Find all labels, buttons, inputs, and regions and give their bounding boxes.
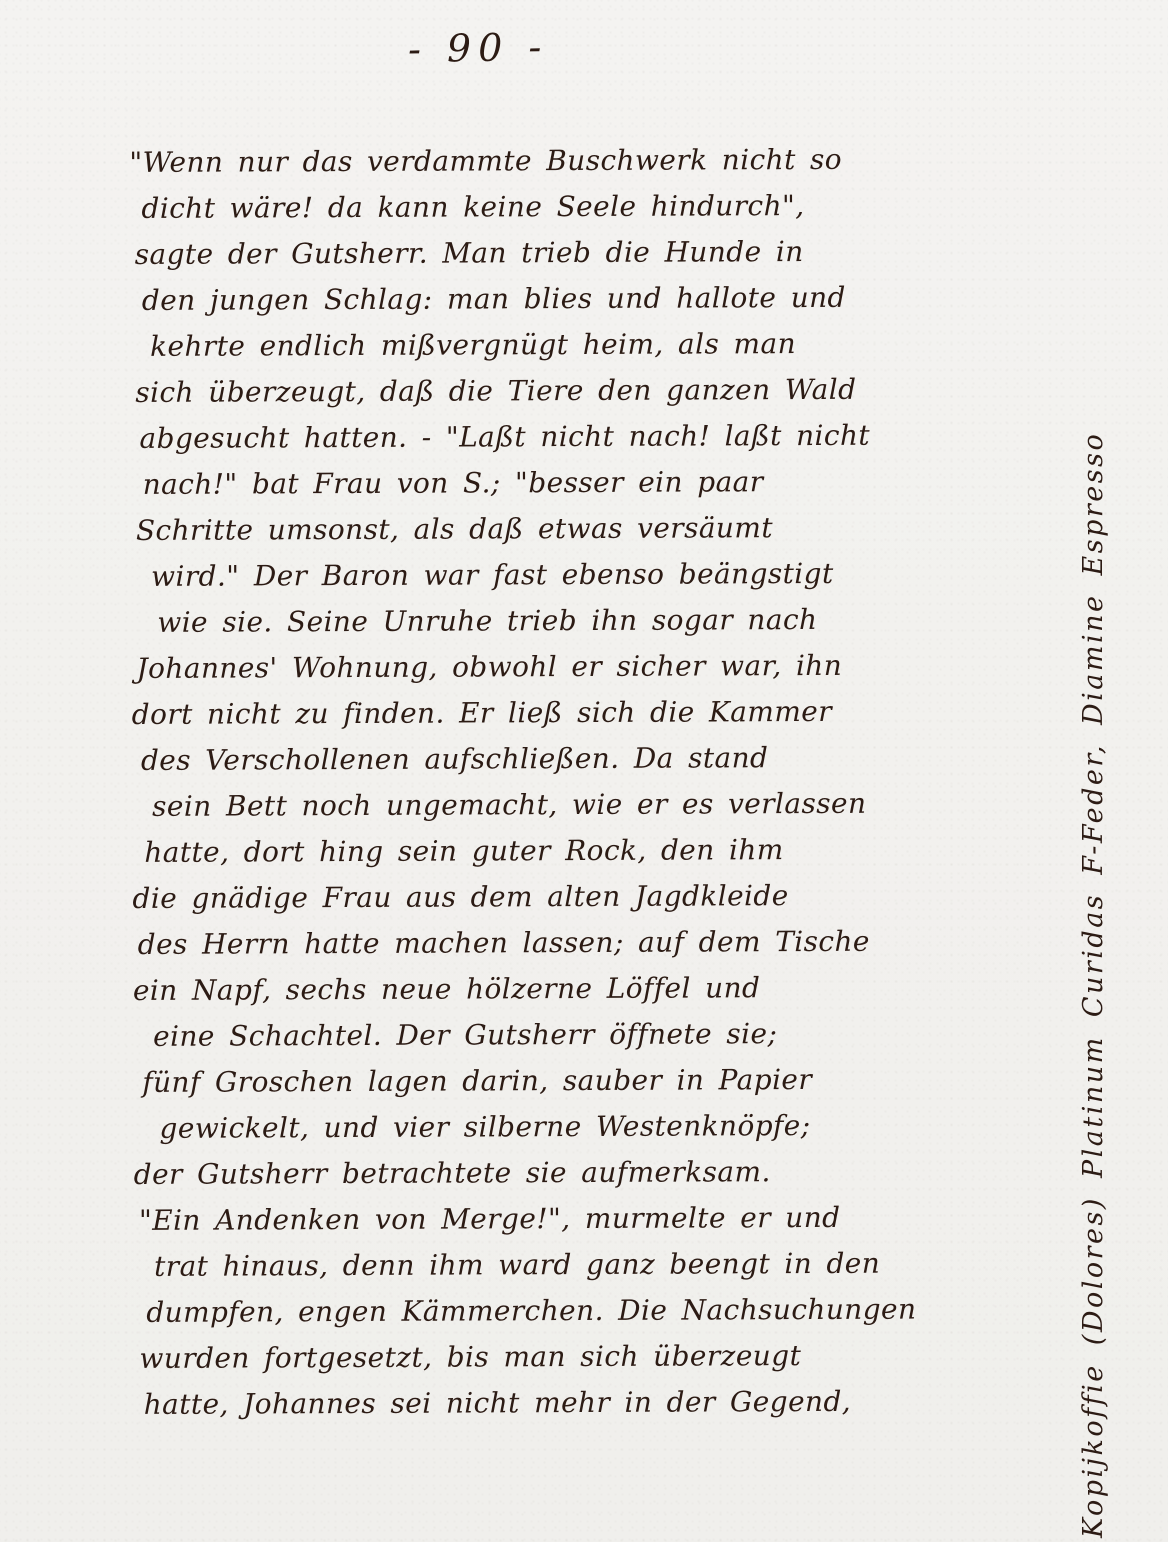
handwritten-line: Johannes' Wohnung, obwohl er sicher war,… (136, 642, 1031, 692)
handwritten-line: wird." Der Baron war fast ebenso beängst… (151, 550, 1031, 600)
handwritten-line: des Herrn hatte machen lassen; auf dem T… (138, 918, 1033, 968)
handwritten-line: sich überzeugt, daß die Tiere den ganzen… (135, 366, 1030, 416)
handwritten-line: dort nicht zu finden. Er ließ sich die K… (132, 688, 1032, 738)
handwritten-line: den jungen Schlag: man blies und hallote… (142, 274, 1030, 324)
pen-ink-margin-note: Kopijkoffie (Dolores) Platinum Curidas F… (1078, 258, 1109, 1538)
handwritten-line: eine Schachtel. Der Gutsherr öffnete sie… (153, 1010, 1033, 1060)
manuscript-page: - 90 - "Wenn nur das verdammte Buschwerk… (0, 0, 1168, 1542)
handwritten-line: hatte, Johannes sei nicht mehr in der Ge… (144, 1378, 1035, 1428)
handwritten-line: dumpfen, engen Kämmerchen. Die Nachsuchu… (146, 1286, 1034, 1336)
handwritten-line: ein Napf, sechs neue hölzerne Löffel und (133, 964, 1033, 1014)
handwritten-line: die gnädige Frau aus dem alten Jagdkleid… (132, 872, 1032, 922)
handwritten-line: nach!" bat Frau von S.; "besser ein paar (143, 458, 1031, 508)
handwritten-line: dicht wäre! da kann keine Seele hindurch… (141, 182, 1029, 232)
handwritten-line: "Wenn nur das verdammte Buschwerk nicht … (129, 136, 1029, 186)
handwritten-line: trat hinaus, denn ihm ward ganz beengt i… (154, 1240, 1034, 1290)
page-number: - 90 - (408, 25, 549, 71)
handwritten-line: des Verschollenen aufschließen. Da stand (141, 734, 1032, 784)
handwritten-line: gewickelt, und vier silberne Westenknöpf… (159, 1102, 1033, 1152)
handwritten-line: Schritte umsonst, als daß etwas versäumt (136, 504, 1031, 554)
handwritten-line: fünf Groschen lagen darin, sauber in Pap… (142, 1056, 1033, 1106)
handwritten-line: sagte der Gutsherr. Man trieb die Hunde … (135, 228, 1030, 278)
handwritten-line: kehrte endlich mißvergnügt heim, als man (150, 320, 1030, 370)
handwritten-line: sein Bett noch ungemacht, wie er es verl… (152, 780, 1032, 830)
handwritten-line: wurden fortgesetzt, bis man sich überzeu… (139, 1332, 1034, 1382)
handwritten-line: hatte, dort hing sein guter Rock, den ih… (144, 826, 1032, 876)
handwritten-line: der Gutsherr betrachtete sie aufmerksam. (134, 1148, 1034, 1198)
handwritten-line: wie sie. Seine Unruhe trieb ihn sogar na… (157, 596, 1031, 646)
manuscript-text: "Wenn nur das verdammte Buschwerk nicht … (129, 136, 1035, 1428)
handwritten-line: abgesucht hatten. - "Laßt nicht nach! la… (139, 412, 1030, 462)
handwritten-line: "Ein Andenken von Merge!", murmelte er u… (139, 1194, 1034, 1244)
